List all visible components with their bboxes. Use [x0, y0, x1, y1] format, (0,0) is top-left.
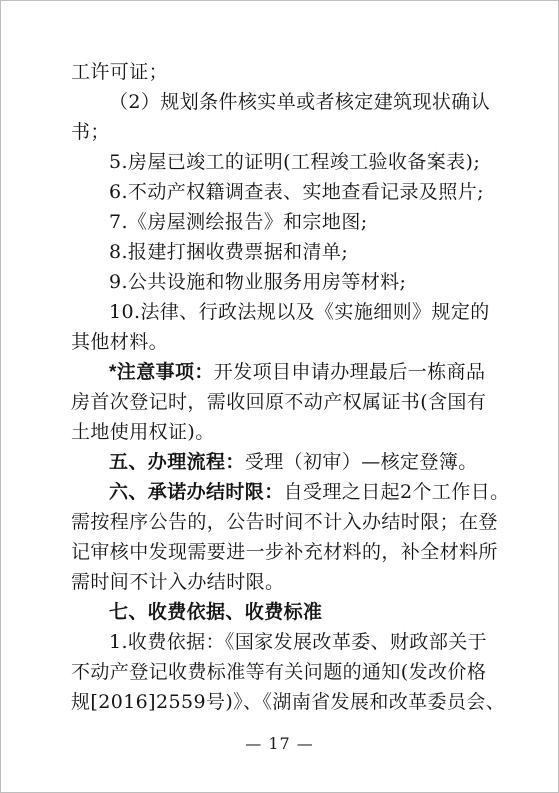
text-line: （2）规划条件核实单或者核定建筑现状确认: [71, 87, 511, 117]
document-page: 工许可证；（2）规划条件核实单或者核定建筑现状确认书；5.房屋已竣工的证明(工程…: [0, 0, 559, 793]
body-text: 规[2016]2559号)》、《湖南省发展和改革委员会、: [71, 691, 505, 713]
body-text: （2）规划条件核实单或者核定建筑现状确认: [109, 91, 490, 113]
heading-text: *注意事项：: [109, 362, 214, 383]
text-line: 书；: [71, 117, 511, 147]
text-line: 房首次登记时，需收回原不动产权属证书(含国有: [71, 387, 511, 417]
body-text: 不动产登记收费标准等有关问题的通知(发改价格: [71, 661, 486, 683]
text-line: 1.收费依据：《国家发展改革委、财政部关于: [71, 627, 511, 657]
body-text: 1.收费依据：《国家发展改革委、财政部关于: [109, 631, 487, 653]
text-line: 需按程序公告的，公告时间不计入办结时限；在登: [71, 507, 511, 537]
text-line: 记审核中发现需要进一步补充材料的，补全材料所: [71, 537, 511, 567]
text-line: 需时间不计入办结时限。: [71, 567, 511, 597]
body-text: 记审核中发现需要进一步补充材料的，补全材料所: [71, 541, 498, 563]
body-text: 7.《房屋测绘报告》和宗地图;: [109, 211, 368, 233]
text-line: 工许可证；: [71, 57, 511, 87]
text-line: 七、收费依据、收费标准: [71, 597, 511, 627]
body-text: 自受理之日起2个工作日。: [284, 481, 510, 503]
body-text: 书；: [71, 121, 110, 143]
text-line: 10.法律、行政法规以及《实施细则》规定的: [71, 297, 511, 327]
text-line: 六、承诺办结时限：自受理之日起2个工作日。: [71, 477, 511, 507]
body-text: 其他材料。: [71, 331, 168, 353]
text-line: *注意事项：开发项目申请办理最后一栋商品: [71, 357, 511, 387]
text-line: 5.房屋已竣工的证明(工程竣工验收备案表);: [71, 147, 511, 177]
document-body: 工许可证；（2）规划条件核实单或者核定建筑现状确认书；5.房屋已竣工的证明(工程…: [71, 57, 511, 717]
text-line: 9.公共设施和物业服务用房等材料;: [71, 267, 511, 297]
body-text: 工许可证；: [71, 61, 168, 83]
text-line: 不动产登记收费标准等有关问题的通知(发改价格: [71, 657, 511, 687]
body-text: 土地使用权证)。: [71, 421, 215, 443]
body-text: 10.法律、行政法规以及《实施细则》规定的: [109, 301, 490, 323]
body-text: 5.房屋已竣工的证明(工程竣工验收备案表);: [109, 151, 480, 173]
body-text: 受理（初审）—核定登簿。: [245, 451, 478, 473]
body-text: 6.不动产权籍调查表、实地查看记录及照片;: [109, 181, 484, 203]
text-line: 8.报建打捆收费票据和清单;: [71, 237, 511, 267]
text-line: 规[2016]2559号)》、《湖南省发展和改革委员会、: [71, 687, 511, 717]
heading-text: 五、办理流程：: [109, 452, 245, 473]
body-text: 8.报建打捆收费票据和清单;: [109, 241, 348, 263]
heading-text: 七、收费依据、收费标准: [109, 602, 322, 623]
page-footer: — 17 —: [1, 734, 558, 753]
page-number: — 17 —: [245, 734, 314, 753]
body-text: 需按程序公告的，公告时间不计入办结时限；在登: [71, 511, 498, 533]
text-line: 6.不动产权籍调查表、实地查看记录及照片;: [71, 177, 511, 207]
text-line: 土地使用权证)。: [71, 417, 511, 447]
body-text: 房首次登记时，需收回原不动产权属证书(含国有: [71, 391, 486, 413]
body-text: 9.公共设施和物业服务用房等材料;: [109, 271, 406, 293]
text-line: 五、办理流程：受理（初审）—核定登簿。: [71, 447, 511, 477]
body-text: 需时间不计入办结时限。: [71, 571, 284, 593]
heading-text: 六、承诺办结时限：: [109, 482, 284, 503]
text-line: 7.《房屋测绘报告》和宗地图;: [71, 207, 511, 237]
text-line: 其他材料。: [71, 327, 511, 357]
body-text: 开发项目申请办理最后一栋商品: [214, 361, 486, 383]
